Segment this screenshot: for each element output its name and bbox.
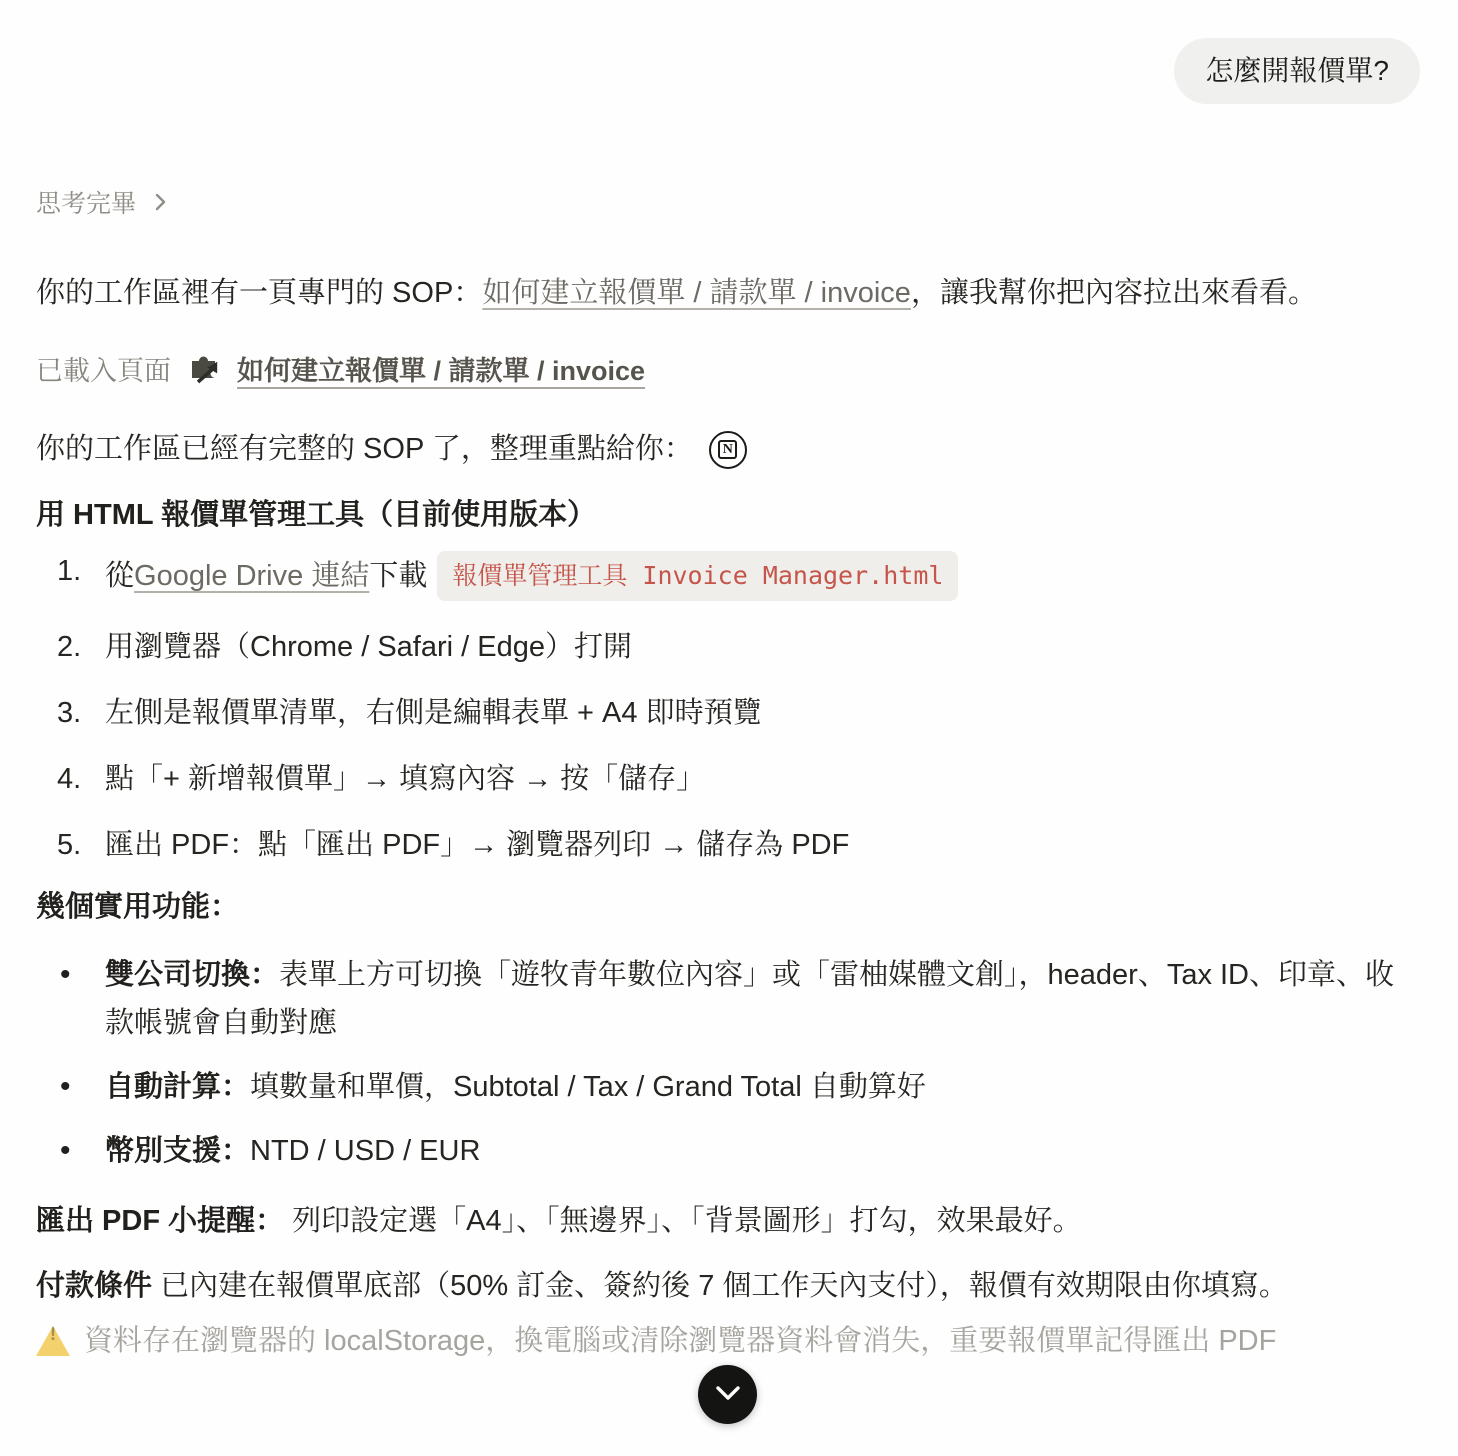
pdf-tip-text: 列印設定選「A4」、「無邊界」、「背景圖形」打勾，效果最好。 [284,1205,1082,1237]
user-message-row: 怎麼開報價單? [36,38,1420,104]
step-item-3: 3. 左側是報價單清單，右側是編輯表單 + A4 即時預覽 [36,693,1420,733]
feature-label: 自動計算： [105,1071,250,1103]
step-number: 4. [57,759,105,799]
features-list: 雙公司切換：表單上方可切換「遊牧青年數位內容」或「雷柚媒體文創」，header、… [36,951,1420,1175]
feature-text: 填數量和單價，Subtotal / Tax / Grand Total 自動算好 [250,1071,926,1103]
invoice-manager-file-chip: 報價單管理工具 Invoice Manager.html [437,551,958,601]
puzzle-arrow-icon [185,351,223,387]
intro-text-before: 你的工作區裡有一頁專門的 SOP： [36,277,482,309]
tool-status-label: 已載入頁面 [36,349,171,388]
steps-list: 1. 從 Google Drive 連結 下載報價單管理工具 Invoice M… [36,551,1420,865]
feature-text: NTD / USD / EUR [250,1135,480,1167]
step-item-5: 5. 匯出 PDF：點「匯出 PDF」→ 瀏覽器列印 → 儲存為 PDF [36,825,1420,865]
google-drive-link[interactable]: Google Drive 連結 [134,556,369,596]
feature-item-dual-company: 雙公司切換：表單上方可切換「遊牧青年數位內容」或「雷柚媒體文創」，header、… [36,951,1420,1047]
pdf-tip-label: 匯出 PDF 小提醒： [36,1205,284,1237]
user-message-text: 怎麼開報價單? [1205,55,1389,86]
section-heading-html-tool: 用 HTML 報價單管理工具（目前使用版本） [36,495,1420,535]
tool-result-row: 已載入頁面 如何建立報價單 / 請款單 / invoice [36,349,1420,388]
feature-item-auto-calc: 自動計算：填數量和單價，Subtotal / Tax / Grand Total… [36,1063,1420,1111]
intro-text-after: ，讓我幫你把內容拉出來看看。 [911,277,1317,309]
user-message-bubble: 怎麼開報價單? [1174,38,1420,104]
step-item-2: 2. 用瀏覽器（Chrome / Safari / Edge）打開 [36,627,1420,667]
notion-icon: N [709,431,747,469]
step-text: 左側是報價單清單，右側是編輯表單 + A4 即時預覽 [105,693,762,733]
notion-icon-letter: N [718,440,737,459]
loaded-page-link[interactable]: 如何建立報價單 / 請款單 / invoice [237,349,645,388]
notion-page-link[interactable]: 如何建立報價單 / 請款單 / invoice [482,277,911,309]
intro-paragraph: 你的工作區裡有一頁專門的 SOP：如何建立報價單 / 請款單 / invoice… [36,266,1420,321]
summary-intro-text: 你的工作區已經有完整的 SOP 了，整理重點給你： [36,422,693,477]
summary-intro-row: 你的工作區已經有完整的 SOP 了，整理重點給你： N [36,422,1420,477]
step-item-1: 1. 從 Google Drive 連結 下載報價單管理工具 Invoice M… [36,551,1420,601]
warning-icon: ! [36,1326,70,1356]
thinking-label: 思考完畢 [36,184,136,220]
step1-text-before: 從 [105,556,134,596]
step-text: 用瀏覽器（Chrome / Safari / Edge）打開 [105,627,632,667]
chevron-down-icon [714,1384,742,1405]
step-number: 2. [57,627,105,667]
chat-transcript: 怎麼開報價單? 思考完畢 你的工作區裡有一頁專門的 SOP：如何建立報價單 / … [0,38,1458,1361]
payment-terms-label: 付款條件 [36,1270,152,1302]
chevron-right-icon [152,191,169,213]
step-text: 匯出 PDF：點「匯出 PDF」→ 瀏覽器列印 → 儲存為 PDF [105,825,849,865]
step-number: 1. [57,551,105,591]
pdf-export-tip: 匯出 PDF 小提醒： 列印設定選「A4」、「無邊界」、「背景圖形」打勾，效果最… [36,1197,1420,1245]
step-number: 5. [57,825,105,865]
step1-text-after: 下載 [369,556,427,596]
localstorage-warning: ! 資料存在瀏覽器的 localStorage，換電腦或清除瀏覽器資料會消失，重… [36,1321,1420,1361]
feature-label: 幣別支援： [105,1135,250,1167]
feature-text: 表單上方可切換「遊牧青年數位內容」或「雷柚媒體文創」，header、Tax ID… [105,959,1394,1039]
thinking-toggle[interactable]: 思考完畢 [36,184,169,220]
step-number: 3. [57,693,105,733]
feature-label: 雙公司切換： [105,959,279,991]
section-heading-features: 幾個實用功能： [36,887,1420,927]
feature-item-currency: 幣別支援：NTD / USD / EUR [36,1127,1420,1175]
step-text: 點「+ 新增報價單」→ 填寫內容 → 按「儲存」 [105,759,705,799]
step-item-4: 4. 點「+ 新增報價單」→ 填寫內容 → 按「儲存」 [36,759,1420,799]
payment-terms-text: 已內建在報價單底部（50% 訂金、簽約後 7 個工作天內支付），報價有效期限由你… [152,1270,1288,1302]
scroll-to-bottom-button[interactable] [698,1365,757,1424]
payment-terms-paragraph: 付款條件 已內建在報價單底部（50% 訂金、簽約後 7 個工作天內支付），報價有… [36,1261,1420,1311]
warning-text: 資料存在瀏覽器的 localStorage，換電腦或清除瀏覽器資料會消失，重要報… [84,1321,1276,1361]
